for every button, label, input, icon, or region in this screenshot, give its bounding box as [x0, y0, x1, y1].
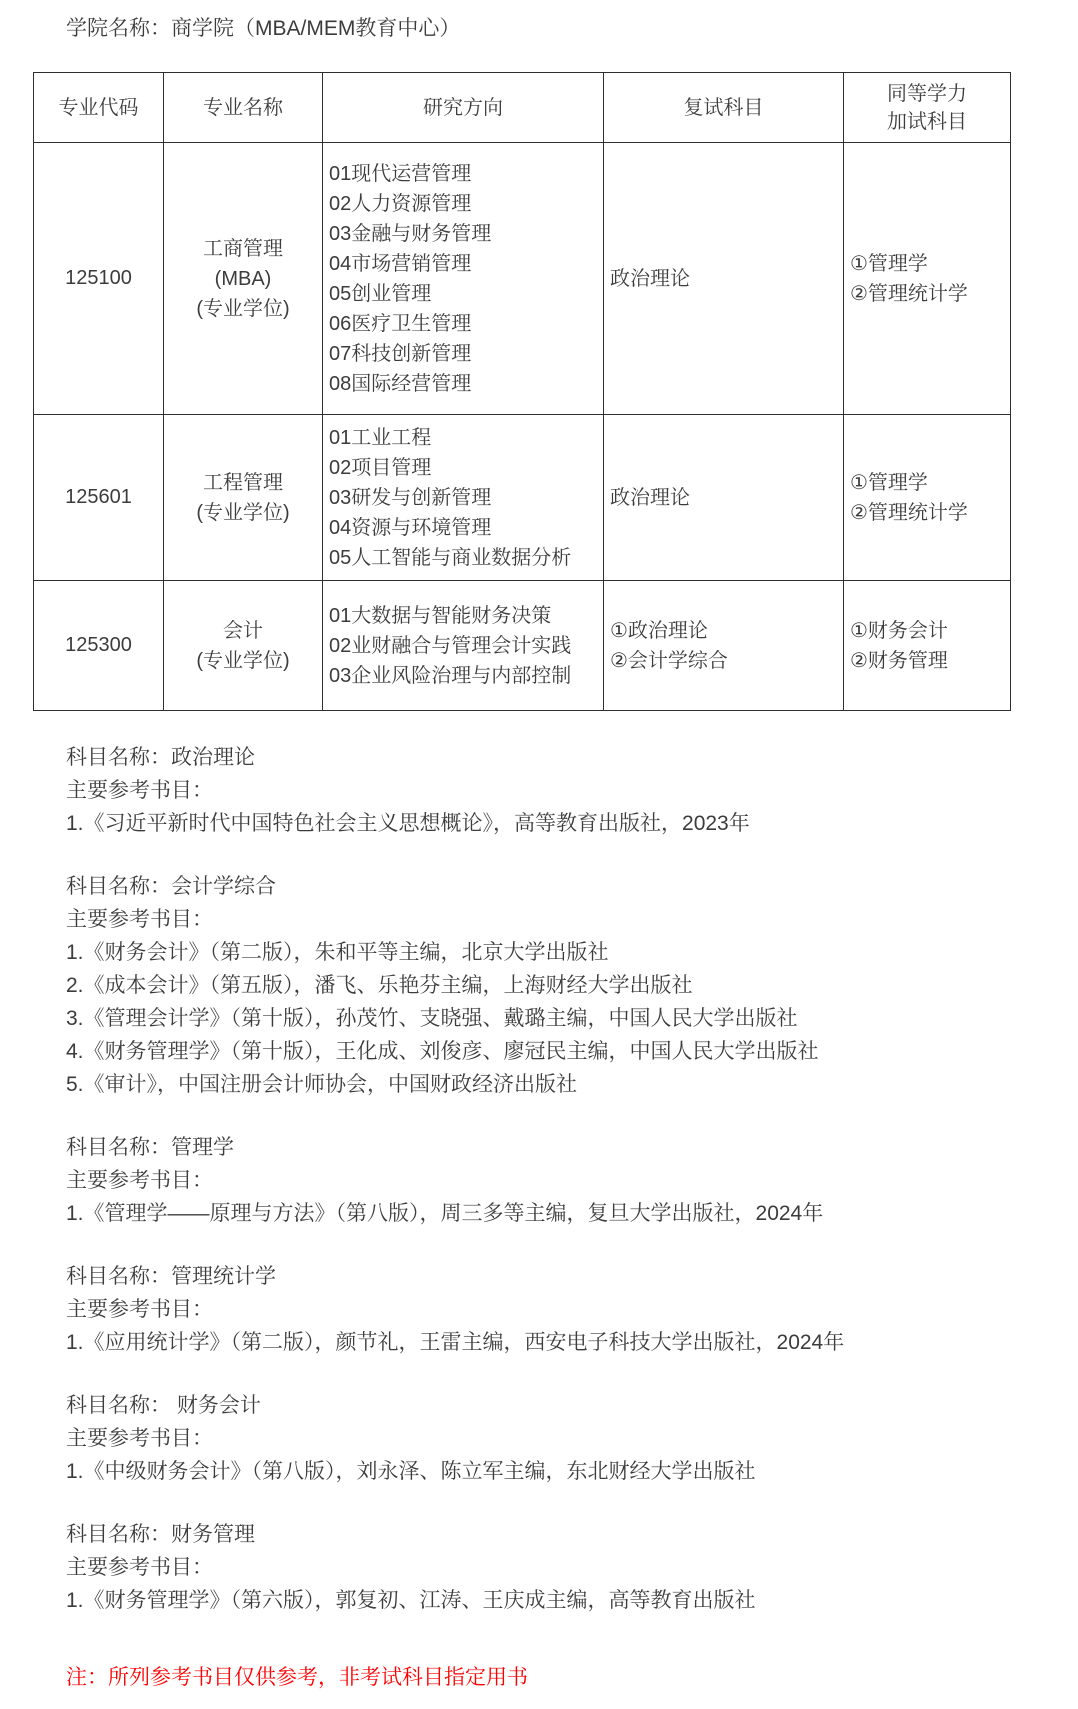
- book-line: 1.《应用统计学》（第二版），颜节礼，王雷主编，西安电子科技大学出版社，2024…: [66, 1326, 1078, 1359]
- table-row-125601: 125601 工程管理(专业学位) 01工业工程02项目管理03研发与创新管理0…: [34, 415, 1011, 581]
- retest-line: 政治理论: [610, 483, 837, 513]
- reference-label: 主要参考书目：: [66, 1164, 1078, 1197]
- major-name: 会计(专业学位): [164, 581, 323, 711]
- retest-subjects: 政治理论: [604, 415, 844, 581]
- direction-line: 01现代运营管理: [329, 159, 597, 189]
- direction-line: 01工业工程: [329, 423, 597, 453]
- major-name-line: 工程管理: [170, 468, 316, 498]
- subject-name: 科目名称：政治理论: [66, 741, 1078, 774]
- direction-line: 01大数据与智能财务决策: [329, 601, 597, 631]
- direction-line: 02项目管理: [329, 453, 597, 483]
- additional-line: ①财务会计: [850, 616, 1004, 646]
- book-line: 1.《管理学——原理与方法》（第八版），周三多等主编，复旦大学出版社，2024年: [66, 1197, 1078, 1230]
- subject-name: 科目名称：管理统计学: [66, 1260, 1078, 1293]
- additional-subjects: ①管理学②管理统计学: [844, 415, 1011, 581]
- direction-line: 03企业风险治理与内部控制: [329, 661, 597, 691]
- reference-disclaimer-note: 注：所列参考书目仅供参考，非考试科目指定用书: [66, 1661, 1078, 1694]
- subject-section-management-statistics: 科目名称：管理统计学 主要参考书目： 1.《应用统计学》（第二版），颜节礼，王雷…: [66, 1260, 1078, 1359]
- book-list: 1.《习近平新时代中国特色社会主义思想概论》，高等教育出版社，2023年: [66, 807, 1078, 840]
- additional-line: ①管理学: [850, 468, 1004, 498]
- header-retest-subjects: 复试科目: [604, 73, 844, 143]
- major-name-line: (专业学位): [170, 646, 316, 676]
- retest-subjects: ①政治理论②会计学综合: [604, 581, 844, 711]
- subject-section-financial-management: 科目名称：财务管理 主要参考书目： 1.《财务管理学》（第六版），郭复初、江涛、…: [66, 1518, 1078, 1617]
- direction-line: 06医疗卫生管理: [329, 309, 597, 339]
- research-directions: 01现代运营管理02人力资源管理03金融与财务管理04市场营销管理05创业管理0…: [323, 143, 604, 415]
- subject-name: 科目名称：会计学综合: [66, 870, 1078, 903]
- retest-line: ②会计学综合: [610, 646, 837, 676]
- table-row-125300: 125300 会计(专业学位) 01大数据与智能财务决策02业财融合与管理会计实…: [34, 581, 1011, 711]
- retest-line: ①政治理论: [610, 616, 837, 646]
- header-additional-subjects: 同等学力加试科目: [844, 73, 1011, 143]
- retest-subjects: 政治理论: [604, 143, 844, 415]
- book-list: 1.《中级财务会计》（第八版），刘永泽、陈立军主编，东北财经大学出版社: [66, 1455, 1078, 1488]
- header-research-directions: 研究方向: [323, 73, 604, 143]
- reference-label: 主要参考书目：: [66, 1422, 1078, 1455]
- book-list: 1.《财务管理学》（第六版），郭复初、江涛、王庆成主编，高等教育出版社: [66, 1584, 1078, 1617]
- book-line: 1.《习近平新时代中国特色社会主义思想概论》，高等教育出版社，2023年: [66, 807, 1078, 840]
- additional-subjects: ①财务会计②财务管理: [844, 581, 1011, 711]
- reference-label: 主要参考书目：: [66, 774, 1078, 807]
- book-line: 5.《审计》，中国注册会计师协会，中国财政经济出版社: [66, 1068, 1078, 1101]
- direction-line: 05人工智能与商业数据分析: [329, 543, 597, 573]
- header-additional-line: 加试科目: [850, 108, 1004, 136]
- direction-line: 02业财融合与管理会计实践: [329, 631, 597, 661]
- subject-section-accounting-comprehensive: 科目名称：会计学综合 主要参考书目： 1.《财务会计》（第二版），朱和平等主编，…: [66, 870, 1078, 1101]
- book-line: 1.《财务会计》（第二版），朱和平等主编，北京大学出版社: [66, 936, 1078, 969]
- table-header-row: 专业代码 专业名称 研究方向 复试科目 同等学力加试科目: [34, 73, 1011, 143]
- retest-line: 政治理论: [610, 264, 837, 294]
- book-line: 4.《财务管理学》（第十版），王化成、刘俊彦、廖冠民主编，中国人民大学出版社: [66, 1035, 1078, 1068]
- reference-label: 主要参考书目：: [66, 1293, 1078, 1326]
- college-name-label: 学院名称：商学院（MBA/MEM教育中心）: [66, 14, 1078, 44]
- majors-table: 专业代码 专业名称 研究方向 复试科目 同等学力加试科目 125100 工商管理…: [33, 72, 1011, 711]
- book-line: 2.《成本会计》（第五版），潘飞、乐艳芬主编，上海财经大学出版社: [66, 969, 1078, 1002]
- major-code: 125100: [34, 143, 164, 415]
- major-name: 工商管理(MBA)(专业学位): [164, 143, 323, 415]
- header-major-name: 专业名称: [164, 73, 323, 143]
- subject-name: 科目名称：管理学: [66, 1131, 1078, 1164]
- reference-label: 主要参考书目：: [66, 903, 1078, 936]
- book-line: 3.《管理会计学》（第十版），孙茂竹、支晓强、戴璐主编，中国人民大学出版社: [66, 1002, 1078, 1035]
- direction-line: 03金融与财务管理: [329, 219, 597, 249]
- direction-line: 07科技创新管理: [329, 339, 597, 369]
- major-name-line: (专业学位): [170, 294, 316, 324]
- subject-section-politics: 科目名称：政治理论 主要参考书目： 1.《习近平新时代中国特色社会主义思想概论》…: [66, 741, 1078, 840]
- book-line: 1.《财务管理学》（第六版），郭复初、江涛、王庆成主编，高等教育出版社: [66, 1584, 1078, 1617]
- subject-name: 科目名称： 财务会计: [66, 1389, 1078, 1422]
- header-major-code: 专业代码: [34, 73, 164, 143]
- direction-line: 04市场营销管理: [329, 249, 597, 279]
- table-row-125100: 125100 工商管理(MBA)(专业学位) 01现代运营管理02人力资源管理0…: [34, 143, 1011, 415]
- major-code: 125601: [34, 415, 164, 581]
- major-name-line: 会计: [170, 616, 316, 646]
- direction-line: 05创业管理: [329, 279, 597, 309]
- direction-line: 08国际经营管理: [329, 369, 597, 399]
- additional-subjects: ①管理学②管理统计学: [844, 143, 1011, 415]
- major-name-line: (MBA): [170, 264, 316, 294]
- major-name: 工程管理(专业学位): [164, 415, 323, 581]
- subject-section-management: 科目名称：管理学 主要参考书目： 1.《管理学——原理与方法》（第八版），周三多…: [66, 1131, 1078, 1230]
- additional-line: ②管理统计学: [850, 279, 1004, 309]
- subject-name: 科目名称：财务管理: [66, 1518, 1078, 1551]
- major-name-line: 工商管理: [170, 234, 316, 264]
- direction-line: 02人力资源管理: [329, 189, 597, 219]
- major-name-line: (专业学位): [170, 498, 316, 528]
- direction-line: 03研发与创新管理: [329, 483, 597, 513]
- subject-section-financial-accounting: 科目名称： 财务会计 主要参考书目： 1.《中级财务会计》（第八版），刘永泽、陈…: [66, 1389, 1078, 1488]
- additional-line: ①管理学: [850, 249, 1004, 279]
- book-line: 1.《中级财务会计》（第八版），刘永泽、陈立军主编，东北财经大学出版社: [66, 1455, 1078, 1488]
- book-list: 1.《财务会计》（第二版），朱和平等主编，北京大学出版社2.《成本会计》（第五版…: [66, 936, 1078, 1101]
- research-directions: 01工业工程02项目管理03研发与创新管理04资源与环境管理05人工智能与商业数…: [323, 415, 604, 581]
- additional-line: ②财务管理: [850, 646, 1004, 676]
- major-code: 125300: [34, 581, 164, 711]
- reference-label: 主要参考书目：: [66, 1551, 1078, 1584]
- book-list: 1.《管理学——原理与方法》（第八版），周三多等主编，复旦大学出版社，2024年: [66, 1197, 1078, 1230]
- research-directions: 01大数据与智能财务决策02业财融合与管理会计实践03企业风险治理与内部控制: [323, 581, 604, 711]
- header-additional-line: 同等学力: [850, 80, 1004, 108]
- additional-line: ②管理统计学: [850, 498, 1004, 528]
- direction-line: 04资源与环境管理: [329, 513, 597, 543]
- book-list: 1.《应用统计学》（第二版），颜节礼，王雷主编，西安电子科技大学出版社，2024…: [66, 1326, 1078, 1359]
